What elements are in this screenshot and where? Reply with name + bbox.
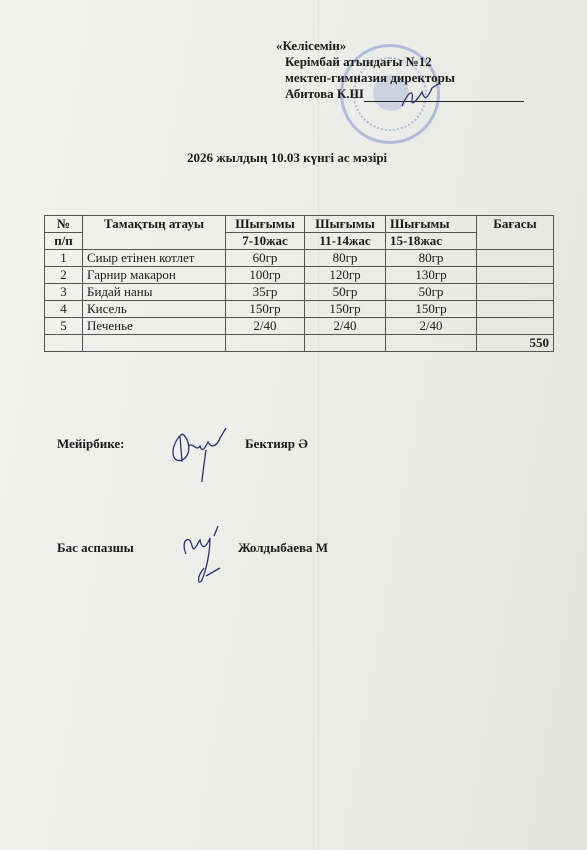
header-price: Бағасы bbox=[477, 216, 554, 250]
menu-table: № Тамақтың атауы Шығымы Шығымы Шығымы Ба… bbox=[44, 215, 554, 352]
row-number: 1 bbox=[45, 250, 83, 267]
header-age-15-18: 15-18жас bbox=[386, 233, 477, 250]
director-signature-icon bbox=[398, 82, 442, 112]
dish-name: Печенье bbox=[83, 318, 226, 335]
price bbox=[477, 284, 554, 301]
price bbox=[477, 250, 554, 267]
table-row: 2 Гарнир макарон 100гр 120гр 130гр bbox=[45, 267, 554, 284]
portion-7-10: 150гр bbox=[226, 301, 305, 318]
portion-11-14: 120гр bbox=[305, 267, 386, 284]
portion-11-14: 2/40 bbox=[305, 318, 386, 335]
empty-cell bbox=[305, 335, 386, 352]
dish-name: Кисель bbox=[83, 301, 226, 318]
table-header-row: № Тамақтың атауы Шығымы Шығымы Шығымы Ба… bbox=[45, 216, 554, 233]
dish-name: Сиыр етінен котлет bbox=[83, 250, 226, 267]
portion-7-10: 35гр bbox=[226, 284, 305, 301]
head-cook-role: Бас аспазшы bbox=[57, 540, 134, 556]
header-number-top: № bbox=[45, 216, 83, 233]
portion-15-18: 80гр bbox=[386, 250, 477, 267]
nurse-name: Бектияр Ә bbox=[245, 436, 308, 452]
empty-cell bbox=[226, 335, 305, 352]
table-row: 1 Сиыр етінен котлет 60гр 80гр 80гр bbox=[45, 250, 554, 267]
dish-name: Бидай наны bbox=[83, 284, 226, 301]
nurse-role: Мейірбике: bbox=[57, 436, 124, 452]
head-cook-signature-icon bbox=[176, 524, 236, 588]
document-title: 2026 жылдың 10.03 күнгі ас мәзірі bbox=[187, 150, 387, 166]
header-age-11-14: 11-14жас bbox=[305, 233, 386, 250]
paper-fold bbox=[318, 0, 319, 850]
portion-7-10: 100гр bbox=[226, 267, 305, 284]
row-number: 3 bbox=[45, 284, 83, 301]
price bbox=[477, 267, 554, 284]
document-page: «Келісемін» Керімбай атындағы №12 мектеп… bbox=[0, 0, 587, 850]
table-row: 5 Печенье 2/40 2/40 2/40 bbox=[45, 318, 554, 335]
header-portion-2: Шығымы bbox=[305, 216, 386, 233]
dish-name: Гарнир макарон bbox=[83, 267, 226, 284]
price bbox=[477, 318, 554, 335]
empty-cell bbox=[45, 335, 83, 352]
portion-7-10: 60гр bbox=[226, 250, 305, 267]
price bbox=[477, 301, 554, 318]
header-age-7-10: 7-10жас bbox=[226, 233, 305, 250]
header-portion-3: Шығымы bbox=[386, 216, 477, 233]
nurse-signature-icon bbox=[168, 424, 238, 486]
empty-cell bbox=[83, 335, 226, 352]
approval-heading: «Келісемін» bbox=[276, 38, 524, 54]
signature-line bbox=[364, 89, 524, 102]
director-name: Абитова К.Ш bbox=[285, 86, 364, 101]
portion-15-18: 2/40 bbox=[386, 318, 477, 335]
table-total-row: 550 bbox=[45, 335, 554, 352]
header-number-bottom: п/п bbox=[45, 233, 83, 250]
total-price: 550 bbox=[477, 335, 554, 352]
row-number: 4 bbox=[45, 301, 83, 318]
table-row: 3 Бидай наны 35гр 50гр 50гр bbox=[45, 284, 554, 301]
header-dish-name: Тамақтың атауы bbox=[83, 216, 226, 250]
portion-11-14: 150гр bbox=[305, 301, 386, 318]
portion-11-14: 50гр bbox=[305, 284, 386, 301]
portion-15-18: 150гр bbox=[386, 301, 477, 318]
approval-line-1: Керімбай атындағы №12 bbox=[276, 54, 524, 70]
row-number: 5 bbox=[45, 318, 83, 335]
row-number: 2 bbox=[45, 267, 83, 284]
empty-cell bbox=[386, 335, 477, 352]
portion-11-14: 80гр bbox=[305, 250, 386, 267]
head-cook-name: Жолдыбаева М bbox=[238, 540, 328, 556]
portion-7-10: 2/40 bbox=[226, 318, 305, 335]
table-row: 4 Кисель 150гр 150гр 150гр bbox=[45, 301, 554, 318]
portion-15-18: 130гр bbox=[386, 267, 477, 284]
portion-15-18: 50гр bbox=[386, 284, 477, 301]
header-portion-1: Шығымы bbox=[226, 216, 305, 233]
